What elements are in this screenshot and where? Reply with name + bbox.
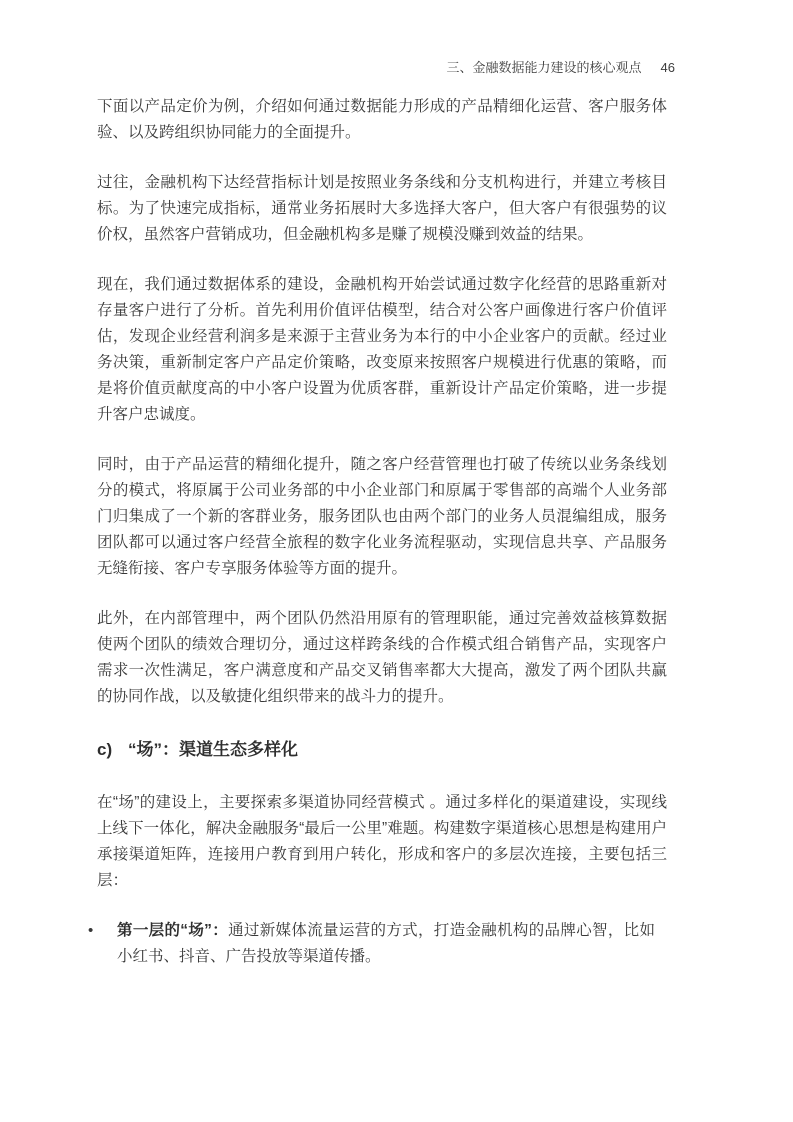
paragraph-internal-management: 此外，在内部管理中，两个团队仍然沿用原有的管理职能，通过完善效益核算数据使两个团… bbox=[97, 606, 667, 710]
paragraph-channel-building: 在“场”的建设上，主要探索多渠道协同经营模式 。通过多样化的渠道建设，实现线上线… bbox=[97, 790, 667, 894]
section-heading: c)“场”：渠道生态多样化 bbox=[97, 734, 667, 762]
list-item-layer-one: • 第一层的“场”：通过新媒体流量运营的方式，打造金融机构的品牌心智，比如小红书… bbox=[88, 918, 667, 970]
paragraph-team-reorg: 同时，由于产品运营的精细化提升，随之客户经营管理也打破了传统以业务条线划分的模式… bbox=[97, 452, 667, 582]
page-header: 三、金融数据能力建设的核心观点 46 bbox=[0, 60, 675, 76]
list-item-text: 第一层的“场”：通过新媒体流量运营的方式，打造金融机构的品牌心智，比如小红书、抖… bbox=[117, 918, 655, 970]
paragraph-intro: 下面以产品定价为例，介绍如何通过数据能力形成的产品精细化运营、客户服务体验、以及… bbox=[97, 94, 667, 146]
bullet-icon: • bbox=[88, 918, 117, 944]
header-section-title: 三、金融数据能力建设的核心观点 bbox=[447, 60, 642, 76]
document-page: 三、金融数据能力建设的核心观点 46 下面以产品定价为例，介绍如何通过数据能力形… bbox=[0, 0, 793, 1122]
header-page-number: 46 bbox=[661, 60, 675, 76]
paragraph-current-practice: 现在，我们通过数据体系的建设，金融机构开始尝试通过数字化经营的思路重新对存量客户… bbox=[97, 272, 667, 428]
section-heading-title: “场”：渠道生态多样化 bbox=[128, 740, 298, 759]
paragraph-past-practice: 过往，金融机构下达经营指标计划是按照业务条线和分支机构进行，并建立考核目标。为了… bbox=[97, 170, 667, 248]
page-content: 下面以产品定价为例，介绍如何通过数据能力形成的产品精细化运营、客户服务体验、以及… bbox=[97, 94, 667, 970]
section-heading-label: c) bbox=[97, 738, 128, 762]
list-item-lead: 第一层的“场”： bbox=[117, 922, 228, 939]
